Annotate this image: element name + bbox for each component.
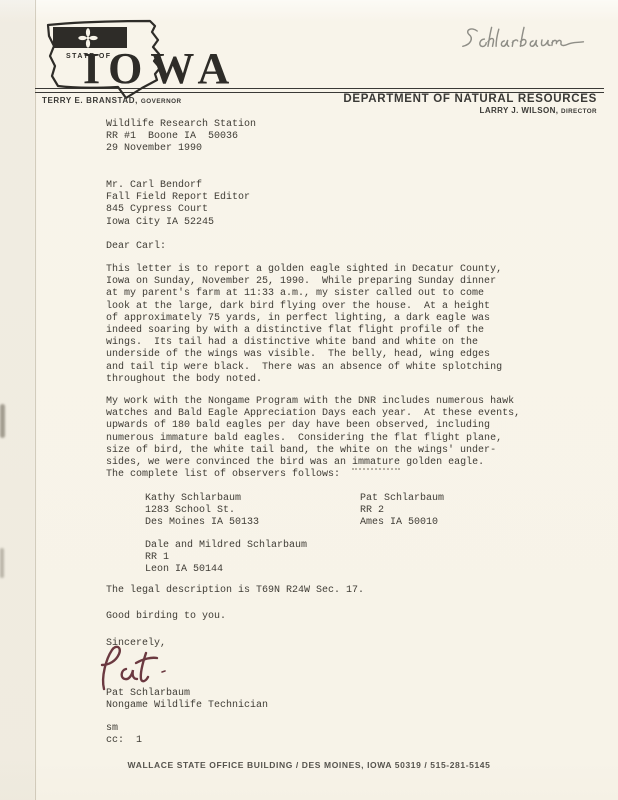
director-title: DIRECTOR [561, 108, 597, 115]
body-paragraph-1: This letter is to report a golden eagle … [106, 264, 502, 386]
observer-address-3: Dale and Mildred Schlarbaum RR 1 Leon IA… [145, 540, 307, 577]
farewell-line: Good birding to you. [106, 611, 226, 623]
letter-date: 29 November 1990 [106, 143, 202, 155]
iowa-wordmark: IOWA [83, 47, 237, 91]
governor-line: TERRY E. BRANSTAD, GOVERNOR [42, 96, 182, 105]
director-name: LARRY J. WILSON, [480, 106, 559, 115]
handwritten-signature [94, 645, 172, 693]
handwritten-name-note [452, 22, 587, 58]
paper-edge-line [35, 0, 36, 800]
pencil-underlined-word: immature [352, 457, 400, 470]
governor-name: TERRY E. BRANSTAD, [42, 96, 138, 105]
sender-address: Wildlife Research Station RR #1 Boone IA… [106, 119, 256, 143]
observer-address-1: Kathy Schlarbaum 1283 School St. Des Moi… [145, 493, 259, 530]
scan-smudge [0, 404, 5, 438]
typist-initials: sm [106, 723, 118, 735]
signed-title: Nongame Wildlife Technician [106, 700, 268, 712]
department-block: DEPARTMENT OF NATURAL RESOURCES LARRY J.… [343, 93, 597, 115]
footer-address-line: WALLACE STATE OFFICE BUILDING / DES MOIN… [0, 760, 618, 770]
scan-smudge [0, 548, 4, 578]
observer-address-2: Pat Schlarbaum RR 2 Ames IA 50010 [360, 493, 444, 530]
director-line: LARRY J. WILSON, DIRECTOR [343, 106, 597, 115]
salutation: Dear Carl: [106, 241, 166, 253]
body-paragraph-2: My work with the Nongame Program with th… [106, 396, 520, 481]
scanned-letter-page: STATE OF IOWA TERRY E. BRANSTAD, GOVERNO… [0, 0, 618, 800]
cc-line: cc: 1 [106, 735, 142, 747]
legal-description-line: The legal description is T69N R24W Sec. … [106, 585, 364, 597]
recipient-address: Mr. Carl Bendorf Fall Field Report Edito… [106, 180, 250, 229]
department-name: DEPARTMENT OF NATURAL RESOURCES [343, 93, 597, 105]
governor-title: GOVERNOR [141, 98, 182, 105]
